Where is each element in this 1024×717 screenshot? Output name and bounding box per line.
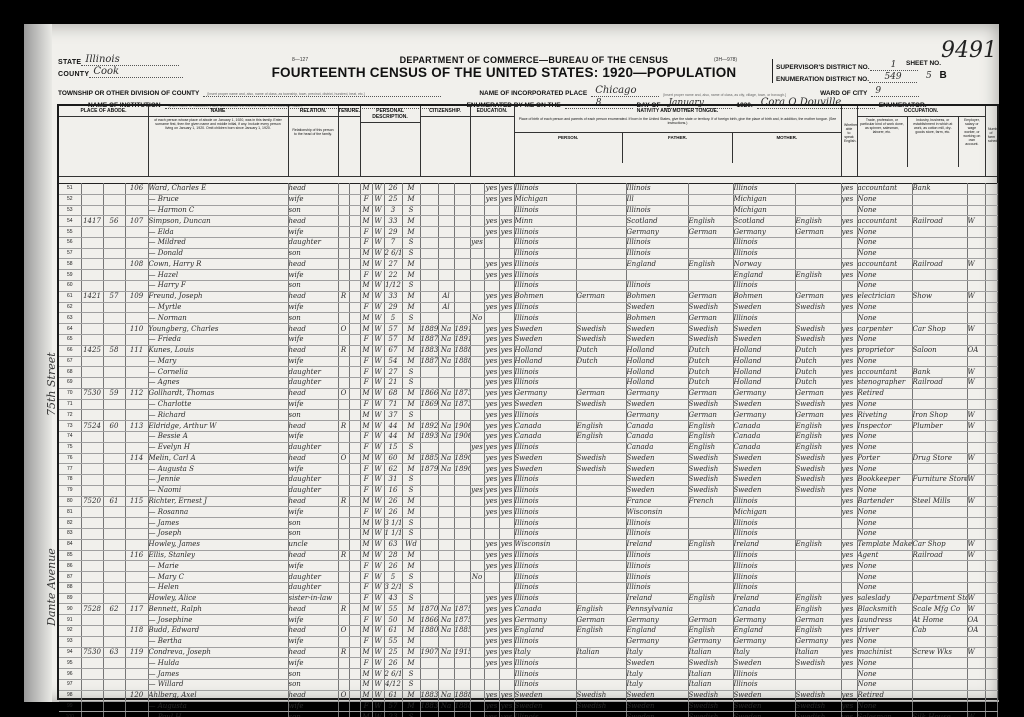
cell-yr: 1888	[454, 356, 470, 367]
cell-mpob: Illinois	[733, 669, 795, 680]
cell-eng	[841, 237, 857, 248]
cell-trade: None	[857, 636, 912, 647]
census-sheet: STATE Illinois COUNTY Cook 8—127 DEPARTM…	[24, 24, 999, 702]
cell-imm: 1880	[420, 626, 438, 637]
cell-fam: 118	[125, 626, 148, 637]
cell-fam	[125, 410, 148, 421]
cell-sch	[470, 561, 484, 572]
sheet-value: 5	[906, 71, 932, 81]
cell-house	[81, 442, 103, 453]
cell-cls	[967, 690, 985, 701]
cell-farm	[985, 669, 997, 680]
cell-mortgage	[349, 539, 360, 550]
cell-yr: 1891	[454, 334, 470, 345]
cell-eng: yes	[841, 604, 857, 615]
cell-nat	[438, 475, 454, 486]
cell-write: yes	[499, 378, 514, 389]
cell-mortgage	[349, 399, 360, 410]
cell-mtongue: English	[795, 216, 841, 227]
cell-line: 72	[59, 410, 81, 421]
table-row: 90752862117Bennett, RalphheadRMW55M1870N…	[59, 604, 997, 615]
cell-mtongue: German	[795, 388, 841, 399]
table-row: 89Howley, Alicesister-in-lawFW43SyesyesI…	[59, 593, 997, 604]
cell-mtongue: Dutch	[795, 356, 841, 367]
cell-mtongue	[795, 561, 841, 572]
table-row: 64110Youngberg, CharlesheadOMW57M1889Na1…	[59, 324, 997, 335]
cell-farm	[985, 453, 997, 464]
cell-eng	[841, 248, 857, 259]
cell-line: 94	[59, 647, 81, 658]
cell-fam	[125, 442, 148, 453]
cell-industry: Cab	[912, 626, 967, 637]
cell-own	[338, 539, 349, 550]
cell-dwell	[103, 367, 125, 378]
cell-own	[338, 410, 349, 421]
cell-yr	[454, 679, 470, 690]
cell-own	[338, 615, 349, 626]
cell-nat	[438, 485, 454, 496]
cell-own: R	[338, 421, 349, 432]
cell-fpob: Holland	[626, 345, 688, 356]
cell-fam	[125, 658, 148, 669]
cell-trade: saleslady	[857, 593, 912, 604]
cell-mortgage	[349, 615, 360, 626]
cell-age: 25	[384, 647, 402, 658]
cell-cls: OA	[967, 615, 985, 626]
cell-house: 7530	[81, 647, 103, 658]
cell-eng: yes	[841, 194, 857, 205]
table-row: 76114Melin, Carl AheadOMW60M1885Na1890ye…	[59, 453, 997, 464]
cell-ms: S	[402, 378, 420, 389]
cell-sch	[470, 636, 484, 647]
table-row: 68— CorneliadaughterFW27SyesyesIllinoisH…	[59, 367, 997, 378]
cell-house	[81, 669, 103, 680]
cell-farm	[985, 431, 997, 442]
cell-mortgage	[349, 227, 360, 238]
cell-eng: yes	[841, 334, 857, 345]
cell-race: W	[372, 302, 384, 313]
cell-race: W	[372, 658, 384, 669]
cell-sch	[470, 669, 484, 680]
cell-mtongue	[795, 248, 841, 259]
cell-mortgage	[349, 184, 360, 195]
cell-age: 3	[384, 205, 402, 216]
cell-mtongue	[795, 259, 841, 270]
cell-mtongue	[795, 518, 841, 529]
cell-industry: Screw Wks	[912, 647, 967, 658]
cell-name: Bennett, Ralph	[148, 604, 288, 615]
cell-read: yes	[484, 227, 499, 238]
cell-tongue	[576, 529, 626, 540]
cell-cls	[967, 388, 985, 399]
cell-dwell: 61	[103, 496, 125, 507]
cell-ftongue	[688, 582, 733, 593]
cell-ftongue	[688, 572, 733, 583]
cell-tongue	[576, 367, 626, 378]
table-row: 97— WillardsonMW4/12SIllinoisItalyItalia…	[59, 679, 997, 690]
cell-yr	[454, 216, 470, 227]
cell-trade: None	[857, 313, 912, 324]
cell-ftongue	[688, 237, 733, 248]
cell-pob: Sweden	[514, 701, 576, 712]
cell-cls	[967, 507, 985, 518]
cell-sch	[470, 356, 484, 367]
cell-fam	[125, 615, 148, 626]
cell-fpob: Holland	[626, 367, 688, 378]
cell-own	[338, 399, 349, 410]
cell-write: yes	[499, 701, 514, 712]
cell-sch	[470, 281, 484, 292]
cell-rel: daughter	[288, 378, 338, 389]
cell-name: Ellis, Stanley	[148, 550, 288, 561]
cell-pob: Illinois	[514, 248, 576, 259]
cell-name: — Harry F	[148, 281, 288, 292]
cell-imm	[420, 518, 438, 529]
cell-age: 22	[384, 270, 402, 281]
cell-tongue: Swedish	[576, 334, 626, 345]
cell-read: yes	[484, 367, 499, 378]
cell-ms: S	[402, 313, 420, 324]
cell-sch	[470, 248, 484, 259]
cell-fam: 108	[125, 259, 148, 270]
enumeration-label: ENUMERATION DISTRICT NO.	[776, 76, 869, 83]
cell-industry: Steel Mills	[912, 496, 967, 507]
col-group-education: EDUCATION.	[470, 106, 515, 176]
cell-imm	[420, 270, 438, 281]
cell-industry	[912, 464, 967, 475]
cell-rel: wife	[288, 701, 338, 712]
cell-industry	[912, 281, 967, 292]
cell-trade: None	[857, 507, 912, 518]
cell-mortgage	[349, 291, 360, 302]
cell-house	[81, 184, 103, 195]
cell-ftongue: Swedish	[688, 701, 733, 712]
cell-fam: 107	[125, 216, 148, 227]
cell-yr	[454, 378, 470, 389]
cell-mpob: Germany	[733, 615, 795, 626]
cell-own	[338, 593, 349, 604]
cell-rel: daughter	[288, 572, 338, 583]
cell-yr	[454, 572, 470, 583]
cell-eng: yes	[841, 496, 857, 507]
cell-industry	[912, 507, 967, 518]
cell-dwell	[103, 669, 125, 680]
cell-fpob: Ill	[626, 194, 688, 205]
cell-rel: son	[288, 410, 338, 421]
cell-line: 81	[59, 507, 81, 518]
cell-mpob: Michigan	[733, 194, 795, 205]
cell-cls	[967, 582, 985, 593]
cell-dwell	[103, 658, 125, 669]
cell-read: yes	[484, 615, 499, 626]
cell-line: 75	[59, 442, 81, 453]
cell-sex: F	[360, 582, 372, 593]
cell-trade: stenographer	[857, 378, 912, 389]
cell-ms: S	[402, 572, 420, 583]
cell-industry	[912, 561, 967, 572]
cell-line: 73	[59, 421, 81, 432]
cell-race: W	[372, 475, 384, 486]
cell-write	[499, 572, 514, 583]
cell-own	[338, 378, 349, 389]
cell-write: yes	[499, 227, 514, 238]
cell-nat	[438, 669, 454, 680]
cell-cls	[967, 302, 985, 313]
cell-cls	[967, 669, 985, 680]
cell-age: 27	[384, 259, 402, 270]
cell-yr: 1906	[454, 431, 470, 442]
cell-rel: head	[288, 453, 338, 464]
cell-farm	[985, 324, 997, 335]
cell-fpob: Illinois	[626, 572, 688, 583]
cell-eng	[841, 313, 857, 324]
cell-eng: yes	[841, 485, 857, 496]
cell-name: — Agnes	[148, 378, 288, 389]
cell-sex: M	[360, 216, 372, 227]
cell-own	[338, 334, 349, 345]
cell-trade: Riveting	[857, 410, 912, 421]
cell-mpob: Sweden	[733, 712, 795, 717]
cell-industry	[912, 582, 967, 593]
cell-read: yes	[484, 334, 499, 345]
cell-pob: Sweden	[514, 334, 576, 345]
cell-trade: laundress	[857, 615, 912, 626]
cell-nat	[438, 378, 454, 389]
cell-race: W	[372, 561, 384, 572]
cell-yr	[454, 636, 470, 647]
cell-eng: yes	[841, 378, 857, 389]
cell-fam	[125, 561, 148, 572]
cell-sex: F	[360, 485, 372, 496]
cell-eng: yes	[841, 399, 857, 410]
cell-eng	[841, 582, 857, 593]
cell-sex: M	[360, 604, 372, 615]
cell-sex: M	[360, 345, 372, 356]
col-group-nativity: NATIVITY AND MOTHER TONGUE. Place of bir…	[514, 106, 842, 176]
cell-trade: None	[857, 205, 912, 216]
cell-sch	[470, 205, 484, 216]
cell-rel: daughter	[288, 237, 338, 248]
cell-house	[81, 712, 103, 717]
cell-farm	[985, 356, 997, 367]
cell-own	[338, 313, 349, 324]
cell-sex: M	[360, 679, 372, 690]
cell-sch	[470, 270, 484, 281]
cell-read: yes	[484, 356, 499, 367]
cell-farm	[985, 647, 997, 658]
cell-house	[81, 475, 103, 486]
cell-cls	[967, 518, 985, 529]
cell-mpob: Canada	[733, 442, 795, 453]
cell-mpob: Sweden	[733, 453, 795, 464]
cell-farm	[985, 636, 997, 647]
cell-line: 83	[59, 529, 81, 540]
cell-tongue	[576, 712, 626, 717]
cell-mortgage	[349, 507, 360, 518]
cell-race: W	[372, 205, 384, 216]
cell-nat	[438, 507, 454, 518]
cell-write: yes	[499, 334, 514, 345]
cell-mpob: Michigan	[733, 205, 795, 216]
cell-industry: Car Shop	[912, 324, 967, 335]
cell-read: yes	[484, 302, 499, 313]
cell-ftongue: English	[688, 442, 733, 453]
cell-tongue: English	[576, 604, 626, 615]
cell-imm: 1887	[420, 334, 438, 345]
cell-imm	[420, 679, 438, 690]
cell-rel: wife	[288, 399, 338, 410]
cell-sch	[470, 582, 484, 593]
cell-ms: M	[402, 701, 420, 712]
cell-industry	[912, 205, 967, 216]
cell-mpob: England	[733, 270, 795, 281]
cell-line: 60	[59, 281, 81, 292]
cell-trade: accountant	[857, 184, 912, 195]
cell-mtongue: German	[795, 615, 841, 626]
cell-read: yes	[484, 442, 499, 453]
cell-cls	[967, 248, 985, 259]
cell-trade: None	[857, 582, 912, 593]
table-row: 86— MariewifeFW26MyesyesIllinoisIllinois…	[59, 561, 997, 572]
cell-pob: Illinois	[514, 636, 576, 647]
cell-trade: Porter	[857, 453, 912, 464]
table-row: 94753063119Condreva, JosephheadRMW25M190…	[59, 647, 997, 658]
cell-fam	[125, 475, 148, 486]
cell-farm	[985, 194, 997, 205]
cell-line: 86	[59, 561, 81, 572]
cell-mortgage	[349, 518, 360, 529]
cell-imm: 1866	[420, 388, 438, 399]
cell-mortgage	[349, 367, 360, 378]
cell-house	[81, 593, 103, 604]
cell-nat	[438, 561, 454, 572]
cell-name: — Mary C	[148, 572, 288, 583]
cell-tongue: Swedish	[576, 399, 626, 410]
cell-tongue	[576, 410, 626, 421]
cell-fam	[125, 507, 148, 518]
cell-write: yes	[499, 626, 514, 637]
cell-name: Cown, Harry R	[148, 259, 288, 270]
cell-fpob: Illinois	[626, 281, 688, 292]
cell-age: 63	[384, 539, 402, 550]
cell-industry: Department Store	[912, 593, 967, 604]
cell-name: Gollhardt, Thomas	[148, 388, 288, 399]
cell-industry: Railroad	[912, 216, 967, 227]
cell-farm	[985, 399, 997, 410]
cell-mortgage	[349, 604, 360, 615]
sheet-side: B	[934, 70, 947, 81]
cell-industry	[912, 388, 967, 399]
cell-tongue	[576, 636, 626, 647]
cell-yr: 1891	[454, 324, 470, 335]
cell-farm	[985, 690, 997, 701]
cell-read: yes	[484, 291, 499, 302]
cell-ftongue: Swedish	[688, 334, 733, 345]
cell-age: 60	[384, 453, 402, 464]
cell-dwell	[103, 302, 125, 313]
cell-write: yes	[499, 507, 514, 518]
cell-mpob: Germany	[733, 227, 795, 238]
cell-house	[81, 529, 103, 540]
cell-ms: S	[402, 593, 420, 604]
cell-dwell	[103, 194, 125, 205]
cell-dwell	[103, 561, 125, 572]
cell-line: 88	[59, 582, 81, 593]
cell-age: 57	[384, 324, 402, 335]
cell-ms: M	[402, 194, 420, 205]
cell-read: yes	[484, 345, 499, 356]
cell-own: R	[338, 345, 349, 356]
cell-fpob: Sweden	[626, 302, 688, 313]
cell-eng: yes	[841, 345, 857, 356]
cell-mpob: Illinois	[733, 313, 795, 324]
cell-sch	[470, 184, 484, 195]
cell-eng: yes	[841, 227, 857, 238]
cell-yr	[454, 712, 470, 717]
cell-imm	[420, 216, 438, 227]
cell-dwell	[103, 593, 125, 604]
cell-tongue: Swedish	[576, 464, 626, 475]
cell-race: W	[372, 572, 384, 583]
cell-ms: M	[402, 464, 420, 475]
cell-sex: M	[360, 259, 372, 270]
cell-imm	[420, 485, 438, 496]
cell-ms: S	[402, 712, 420, 717]
cell-tongue	[576, 194, 626, 205]
cell-ms: S	[402, 485, 420, 496]
cell-cls: W	[967, 712, 985, 717]
cell-age: 21	[384, 378, 402, 389]
table-row: 79— NaomidaughterFW16SyesyesyesIllinoisS…	[59, 485, 997, 496]
cell-yr: 1890	[454, 453, 470, 464]
cell-read	[484, 669, 499, 680]
cell-ms: M	[402, 496, 420, 507]
cell-rel: head	[288, 216, 338, 227]
cell-pob: Canada	[514, 604, 576, 615]
cell-sex: M	[360, 248, 372, 259]
cell-mortgage	[349, 550, 360, 561]
cell-dwell	[103, 485, 125, 496]
cell-nat	[438, 194, 454, 205]
cell-fam	[125, 529, 148, 540]
cell-tongue	[576, 237, 626, 248]
cell-name: — Augusta	[148, 701, 288, 712]
cell-line: 61	[59, 291, 81, 302]
cell-pob: Canada	[514, 431, 576, 442]
department-heading: DEPARTMENT OF COMMERCE—BUREAU OF THE CEN…	[304, 55, 764, 65]
cell-fpob: Germany	[626, 636, 688, 647]
table-row: 83— JosephsonMW1 1/12SIllinoisIllinoisIl…	[59, 529, 997, 540]
table-row: 63— NormansonMW5SNoIllinoisBohmenGermanI…	[59, 313, 997, 324]
cell-race: W	[372, 421, 384, 432]
cell-write: yes	[499, 550, 514, 561]
cell-dwell	[103, 518, 125, 529]
table-row: 60— Harry FsonMW1/12SIllinoisIllinoisIll…	[59, 281, 997, 292]
cell-fam	[125, 518, 148, 529]
cell-race: W	[372, 324, 384, 335]
cell-mtongue: Dutch	[795, 345, 841, 356]
table-row: 51106Ward, Charles EheadMW26MyesyesIllin…	[59, 184, 997, 195]
cell-fam: 106	[125, 184, 148, 195]
table-row: 59— HazelwifeFW22MyesyesIllinoisEnglandE…	[59, 270, 997, 281]
cell-age: 57	[384, 334, 402, 345]
cell-name: — Hazel	[148, 270, 288, 281]
cell-write	[499, 518, 514, 529]
col-group-personal: PERSONAL DESCRIPTION.	[360, 106, 421, 176]
cell-eng	[841, 281, 857, 292]
cell-yr	[454, 475, 470, 486]
cell-trade: None	[857, 334, 912, 345]
